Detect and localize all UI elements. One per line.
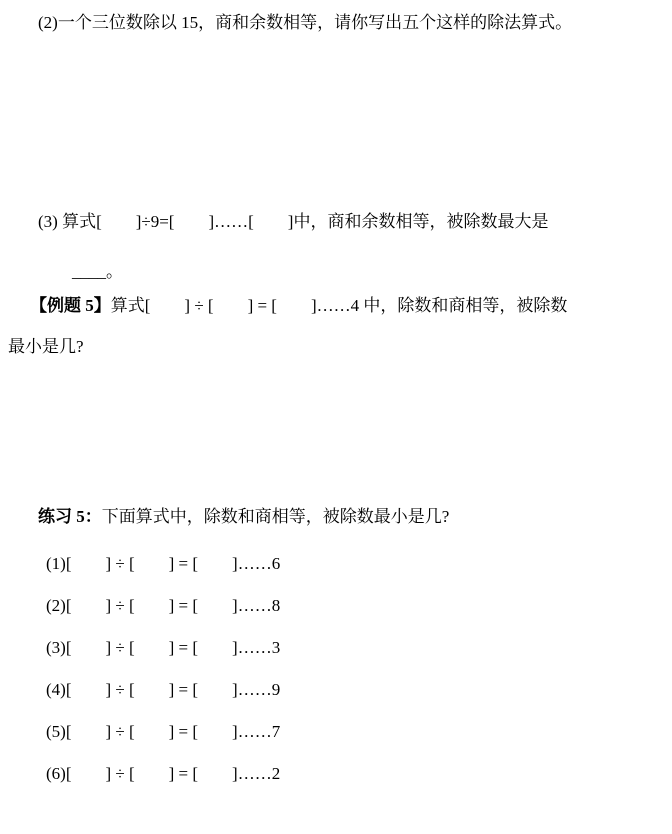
exercise-row-6: (6)[ ] ÷ [ ] = [ ]……2 [46, 763, 280, 784]
example-5-body: 算式[ ] ÷ [ ] = [ ]……4 中，除数和商相等，被除数 [111, 296, 568, 315]
practice-5-heading: 练习 5：下面算式中，除数和商相等，被除数最小是几? [38, 506, 449, 527]
question-3-text: (3) 算式[ ]÷9=[ ]……[ ]中，商和余数相等，被除数最大是 [38, 211, 548, 232]
exercise-row-5: (5)[ ] ÷ [ ] = [ ]……7 [46, 721, 280, 742]
question-3-answer-blank: ____。 [72, 261, 123, 282]
exercise-row-2: (2)[ ] ÷ [ ] = [ ]……8 [46, 595, 280, 616]
question-2-text: (2)一个三位数除以 15，商和余数相等，请你写出五个这样的除法算式。 [38, 12, 572, 33]
exercise-row-3: (3)[ ] ÷ [ ] = [ ]……3 [46, 637, 280, 658]
worksheet-page: { "page": { "background_color": "#ffffff… [0, 0, 672, 834]
example-5-line: 【例题 5】算式[ ] ÷ [ ] = [ ]……4 中，除数和商相等，被除数 [30, 295, 567, 316]
exercise-row-1: (1)[ ] ÷ [ ] = [ ]……6 [46, 553, 280, 574]
example-5-continuation: 最小是几? [8, 336, 84, 357]
exercise-row-4: (4)[ ] ÷ [ ] = [ ]……9 [46, 679, 280, 700]
practice-5-label: 练习 5： [38, 507, 102, 526]
example-5-label: 【例题 5】 [30, 296, 111, 315]
practice-5-body: 下面算式中，除数和商相等，被除数最小是几? [102, 507, 450, 526]
